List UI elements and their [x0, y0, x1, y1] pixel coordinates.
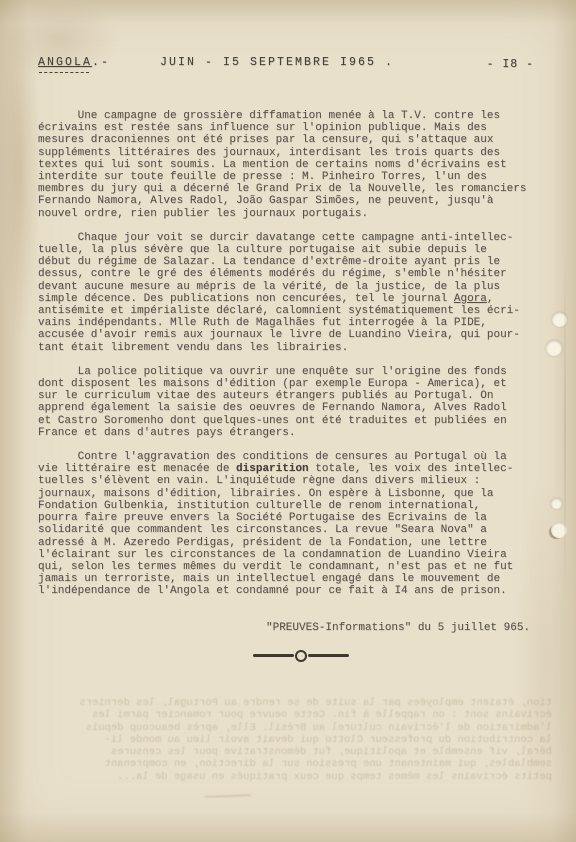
text-line: solidarité que commandent les circonstan… — [38, 524, 546, 536]
bleed-through-line: petits écrivains les mêmes temps que ceu… — [24, 771, 552, 783]
text-line: dessus, contre le gré des éléments modér… — [38, 268, 546, 280]
text-line: sur le curriculum vitae des auteurs étra… — [38, 390, 546, 402]
text-line: La police politique va ouvrir une enquêt… — [38, 366, 546, 378]
text-line: tuelles s'élèvent en vain. L'inquiétude … — [38, 475, 546, 487]
text-line: simple décence. Des publications non cen… — [38, 293, 546, 305]
section-divider — [253, 650, 349, 662]
text-line: nouvel ordre, rien publier les journaux … — [38, 208, 546, 220]
document-content: ANGOLA.- JUIN - I5 SEPTEMBRE I965 . - I8… — [38, 56, 546, 662]
divider-line-left — [253, 654, 294, 657]
punch-hole — [546, 340, 562, 356]
text-line: début du régime de Salazar. La tendance … — [38, 256, 546, 268]
scanned-document-page: ANGOLA.- JUIN - I5 SEPTEMBRE I965 . - I8… — [0, 0, 576, 842]
document-header: ANGOLA.- JUIN - I5 SEPTEMBRE I965 . - I8… — [38, 56, 546, 78]
text-line: vains indépendants. Mlle Ruth de Magalhã… — [38, 317, 546, 329]
document-body: Une campagne de grossière diffamation me… — [38, 110, 546, 598]
text-line: dont disposent les maisons d'édition (pa… — [38, 378, 546, 390]
text-line: suppléments littéraires des journaux, in… — [38, 147, 546, 159]
bleed-through-line: tion, étaient employées par la suite de … — [24, 697, 552, 709]
text-line: vie littéraire est menacée de disparitio… — [38, 463, 546, 475]
date-range: JUIN - I5 SEPTEMBRE I965 . — [160, 56, 394, 69]
divider-circle-icon — [295, 650, 307, 662]
text-line: France et dans d'autres pays étrangers. — [38, 427, 546, 439]
text-line: journaux, maisons d'édition, librairies.… — [38, 488, 546, 500]
region-label: ANGOLA.- — [38, 56, 110, 69]
source-citation: "PREUVES-Informations" du 5 juillet 965. — [266, 622, 546, 634]
text-line: Fernando Namora, Alves Radol, João Gaspa… — [38, 195, 546, 207]
paragraph: Une campagne de grossière diffamation me… — [38, 110, 546, 220]
text-line: adressé à M. Azeredo Perdigas, président… — [38, 537, 546, 549]
bleed-through-line: l'admiration de l'écrivain culturel au B… — [24, 722, 552, 734]
text-line: apprend également la saisie des oeuvres … — [38, 402, 546, 414]
region-suffix: .- — [92, 56, 110, 69]
text-line: mesures draconiennes ont été prises par … — [38, 134, 546, 146]
page-number: - I8 - — [487, 58, 534, 71]
paragraph: La police politique va ouvrir une enquêt… — [38, 366, 546, 439]
bleed-through-line: la contribution du professeur Clotto qui… — [24, 734, 552, 746]
bleed-through-divider — [205, 794, 251, 798]
text-line: l'indépendance de l'Angola et condamné p… — [38, 585, 546, 597]
text-line: Chaque jour voit se durcir davatange cet… — [38, 232, 546, 244]
text-line: interdite sur toute feuille de presse : … — [38, 171, 546, 183]
text-line: Fondation Gulbenkia, institution culture… — [38, 500, 546, 512]
text-line: qui, selon les termes mêmes du verdit le… — [38, 561, 546, 573]
text-line: pourra faire preuve envers la Société Po… — [38, 512, 546, 524]
text-line: membres du jury qui a décerné le Grand P… — [38, 183, 546, 195]
text-line: devant aucune mesure au mépris de la vér… — [38, 281, 546, 293]
text-line: tant était librement vendu dans les libr… — [38, 342, 546, 354]
text-line: jamais un terroriste, mais un intellectu… — [38, 573, 546, 585]
divider-line-right — [308, 654, 349, 657]
text-line: antisémite et impérialiste déclaré, calo… — [38, 305, 546, 317]
paragraph: Contre l'aggravation des conditions de c… — [38, 451, 546, 597]
bleed-through-line: écrivains sont : on rappelle à fin. Cett… — [24, 709, 552, 721]
text-line: Une campagne de grossière diffamation me… — [38, 110, 546, 122]
punch-hole — [551, 498, 562, 509]
text-line: écrivains est restée sans influence sur … — [38, 122, 546, 134]
text-line: et Castro Soromenho dont quelques-unes o… — [38, 415, 546, 427]
text-line: tuelle, la plus sévère que la culture po… — [38, 244, 546, 256]
text-line: textes qui lui sont soumis. La mention d… — [38, 159, 546, 171]
paper-crease — [564, 250, 566, 610]
bleed-through-text: tion, étaient employées par la suite de … — [24, 697, 552, 783]
paragraph: Chaque jour voit se durcir davatange cet… — [38, 232, 546, 354]
text-line: l'éclairant sur les circonstances de la … — [38, 549, 546, 561]
text-line: Contre l'aggravation des conditions de c… — [38, 451, 546, 463]
bleed-through-line: semblables, qui maintenant une pression … — [24, 758, 552, 770]
bleed-through-line: béral, vif ensemble et apolitique, fut d… — [24, 746, 552, 758]
region-name: ANGOLA — [38, 56, 92, 69]
text-line: accusée d'avoir remis aux journaux le li… — [38, 329, 546, 341]
